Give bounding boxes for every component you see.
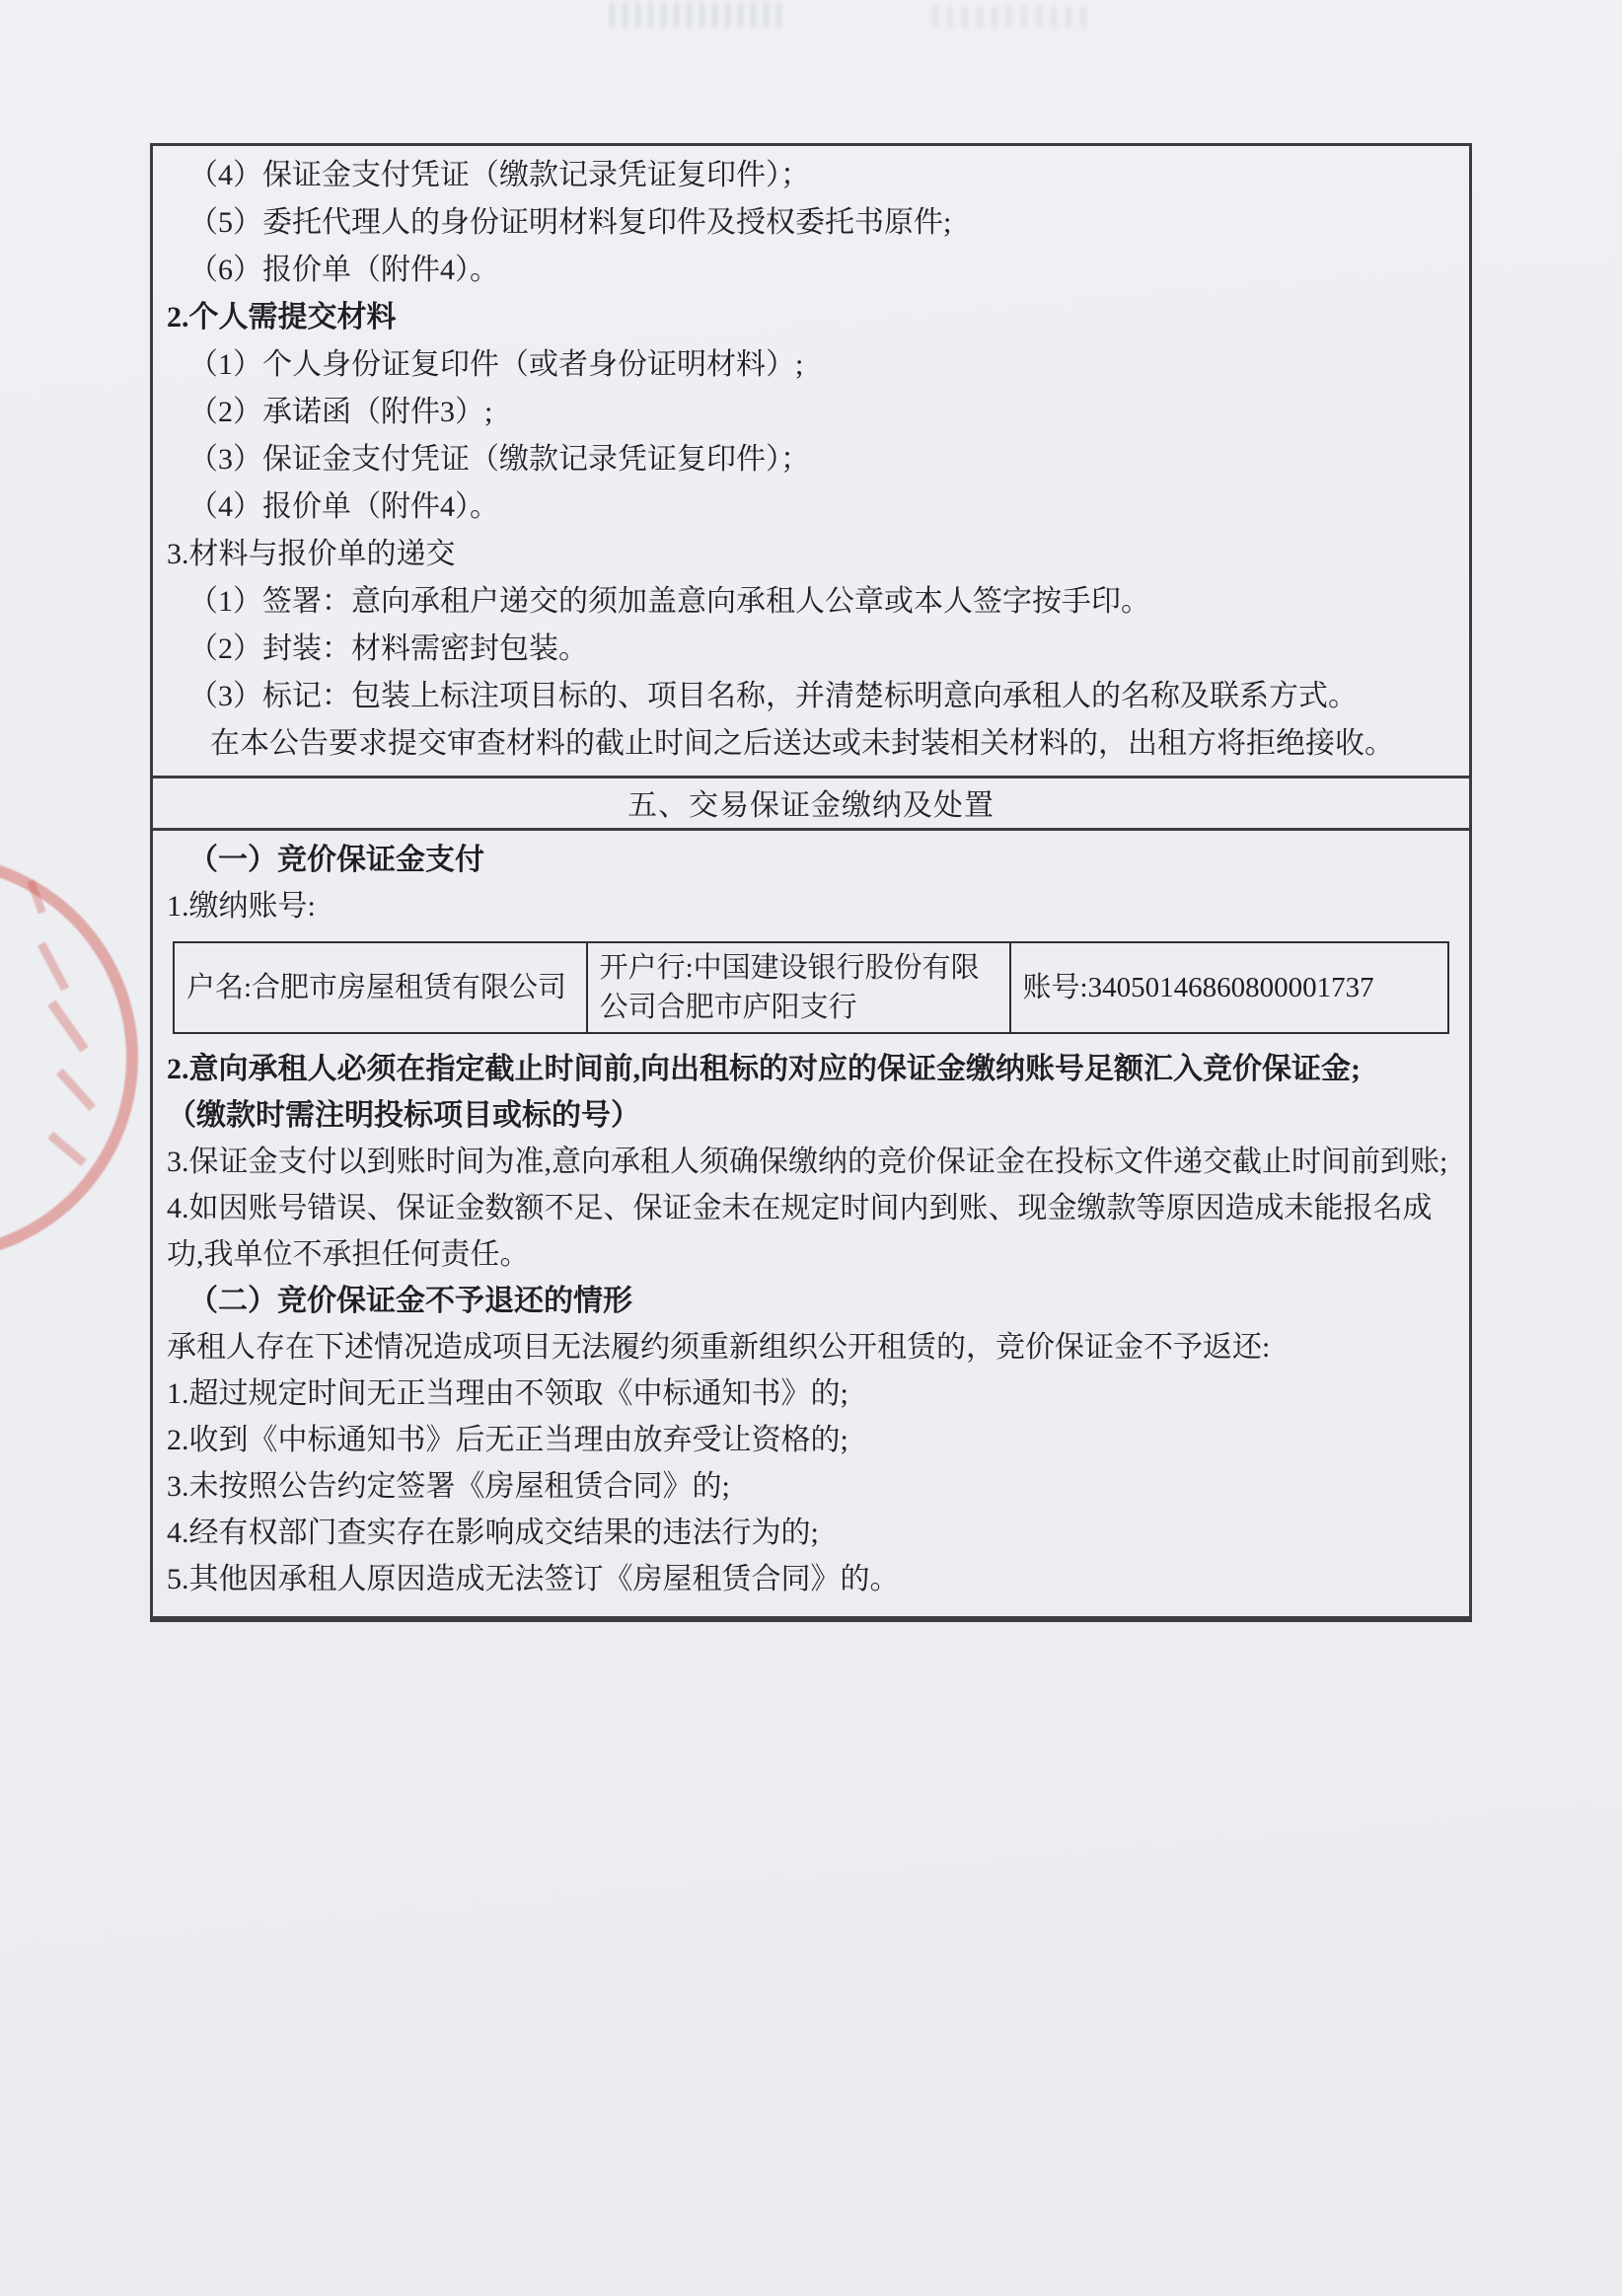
doc-line: 2.收到《中标通知书》后无正当理由放弃受让资格的; [163, 1417, 1455, 1463]
doc-line: （4）保证金支付凭证（缴款记录凭证复印件）； [163, 152, 1453, 199]
doc-line: （1）个人身份证复印件（或者身份证明材料）; [163, 341, 1453, 389]
doc-line: （2）封装：材料需密封包装。 [163, 626, 1453, 673]
doc-line: 1.超过规定时间无正当理由不领取《中标通知书》的; [163, 1370, 1455, 1417]
official-red-stamp [0, 825, 168, 1290]
doc-heading-submission: 3.材料与报价单的递交 [163, 531, 1453, 578]
deposit-section: （一）竞价保证金支付 1.缴纳账号: 户名:合肥市房屋租赁有限公司 开户行:中国… [153, 831, 1469, 1616]
doc-line: 4.经有权部门查实存在影响成交结果的违法行为的; [163, 1510, 1455, 1556]
scanned-page: （4）保证金支付凭证（缴款记录凭证复印件）； （5）委托代理人的身份证明材料复印… [0, 0, 1622, 2296]
forfeit-intro: 承租人存在下述情况造成项目无法履约须重新组织公开租赁的，竞价保证金不予返还: [163, 1324, 1455, 1370]
doc-line: 3.保证金支付以到账时间为准,意向承租人须确保缴纳的竞价保证金在投标文件递交截止… [163, 1139, 1455, 1185]
doc-line: （5）委托代理人的身份证明材料复印件及授权委托书原件; [163, 199, 1453, 247]
doc-line: （1）签署：意向承租户递交的须加盖意向承租人公章或本人签字按手印。 [163, 578, 1453, 626]
subsection2-title: （二）竞价保证金不予退还的情形 [163, 1278, 1455, 1324]
account-number-cell: 账号:34050146860800001737 [1010, 942, 1448, 1033]
document-table: （4）保证金支付凭证（缴款记录凭证复印件）； （5）委托代理人的身份证明材料复印… [150, 143, 1472, 1622]
doc-line: 4.如因账号错误、保证金数额不足、保证金未在规定时间内到账、现金缴款等原因造成未… [163, 1185, 1455, 1278]
doc-line: （缴款时需注明投标项目或标的号） [163, 1092, 1455, 1139]
bleedthrough-artifact [610, 2, 782, 28]
doc-line: （3）标记：包装上标注项目标的、项目名称，并清楚标明意向承租人的名称及联系方式。 [163, 673, 1453, 720]
bleedthrough-artifact [932, 6, 1090, 28]
pay-account-label: 1.缴纳账号: [163, 883, 1455, 929]
account-name-cell: 户名:合肥市房屋租赁有限公司 [174, 942, 587, 1033]
bank-account-row: 户名:合肥市房屋租赁有限公司 开户行:中国建设银行股份有限公司合肥市庐阳支行 账… [174, 942, 1448, 1033]
doc-line: 5.其他因承租人原因造成无法签订《房屋租赁合同》的。 [163, 1556, 1455, 1602]
doc-line: （2）承诺函（附件3）; [163, 389, 1453, 436]
doc-line: （4）报价单（附件4）。 [163, 483, 1453, 531]
doc-heading-personal-materials: 2.个人需提交材料 [163, 294, 1453, 341]
doc-line: 在本公告要求提交审查材料的截止时间之后送达或未封装相关材料的，出租方将拒绝接收。 [163, 720, 1453, 768]
section5-header: 五、交易保证金缴纳及处置 [153, 776, 1469, 831]
doc-line: 2.意向承租人必须在指定截止时间前,向出租标的对应的保证金缴纳账号足额汇入竞价保… [163, 1046, 1455, 1092]
doc-line: 3.未按照公告约定签署《房屋租赁合同》的; [163, 1463, 1455, 1510]
subsection1-title: （一）竞价保证金支付 [163, 837, 1455, 883]
doc-line: （6）报价单（附件4）。 [163, 247, 1453, 294]
materials-section: （4）保证金支付凭证（缴款记录凭证复印件）； （5）委托代理人的身份证明材料复印… [153, 146, 1469, 776]
doc-line: （3）保证金支付凭证（缴款记录凭证复印件）； [163, 436, 1453, 483]
bank-branch-cell: 开户行:中国建设银行股份有限公司合肥市庐阳支行 [587, 942, 1010, 1033]
bank-account-table: 户名:合肥市房屋租赁有限公司 开户行:中国建设银行股份有限公司合肥市庐阳支行 账… [173, 941, 1449, 1034]
